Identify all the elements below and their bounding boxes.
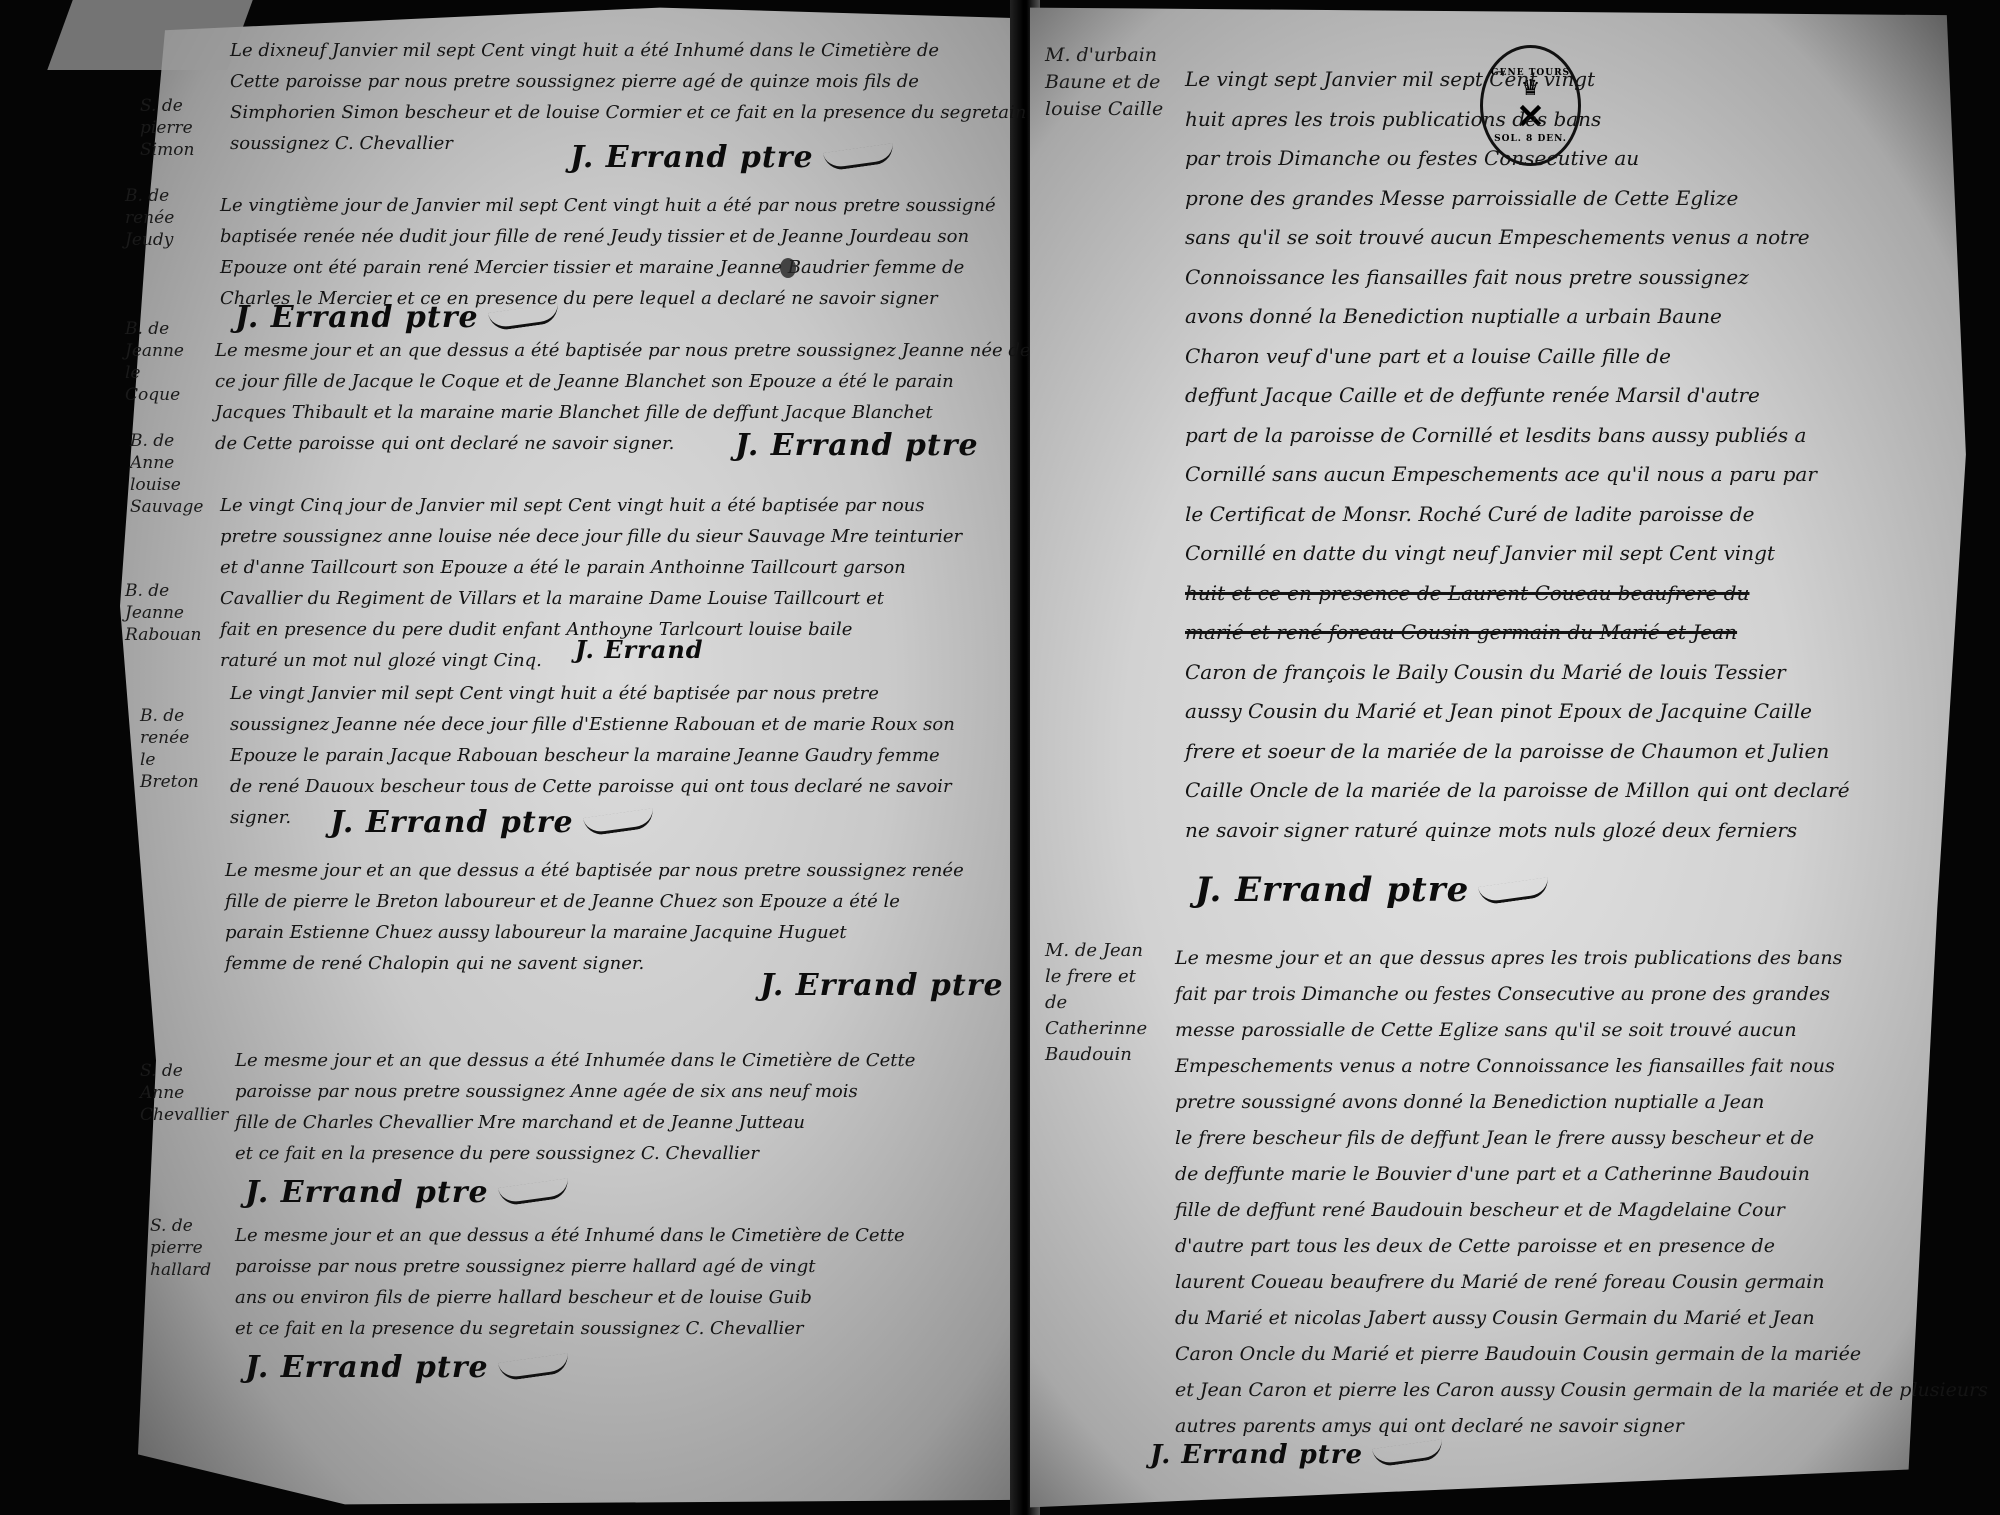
margin-note: S. de pierre Simon <box>140 95 210 161</box>
register-entry: Le mesme jour et an que dessus a été Inh… <box>235 1045 1000 1169</box>
margin-note: B. de Jeanne le Coque <box>125 318 195 406</box>
priest-signature: J. Errand ptre <box>760 968 1004 1003</box>
margin-note: B. de renée Jeudy <box>125 185 185 251</box>
priest-signature: J. Errand ptre <box>245 1350 569 1385</box>
register-entry: Le mesme jour et an que dessus apres les… <box>1175 940 1965 1444</box>
priest-signature: J. Errand <box>575 635 704 664</box>
priest-signature: J. Errand ptre <box>570 140 894 175</box>
priest-signature: J. Errand ptre <box>1195 870 1549 910</box>
priest-signature: J. Errand ptre <box>1150 1440 1443 1470</box>
priest-signature: J. Errand ptre <box>235 300 559 335</box>
margin-note: B. de Jeanne Rabouan <box>125 580 195 646</box>
register-entry: Le mesme jour et an que dessus a été bap… <box>225 855 1000 979</box>
margin-note: M. d'urbain Baune et de louise Caille <box>1045 42 1165 123</box>
priest-signature: J. Errand ptre <box>735 428 979 463</box>
register-entry: Le mesme jour et an que dessus a été Inh… <box>235 1220 1000 1344</box>
margin-note: B. de Anne louise Sauvage <box>130 430 200 518</box>
priest-signature: J. Errand ptre <box>330 805 654 840</box>
margin-note: S. de pierre hallard <box>150 1215 220 1281</box>
register-entry: Le vingtième jour de Janvier mil sept Ce… <box>220 190 1000 314</box>
priest-signature: J. Errand ptre <box>245 1175 569 1210</box>
torn-paper-flap <box>47 0 252 70</box>
margin-note: S. de Anne Chevallier <box>140 1060 210 1126</box>
margin-note: B. de renée le Breton <box>140 705 210 793</box>
ink-blot <box>780 258 796 278</box>
register-entry: Le vingt sept Janvier mil sept Cent ving… <box>1185 60 1955 850</box>
margin-note: M. de Jean le frere et de Catherinne Bau… <box>1045 938 1145 1068</box>
